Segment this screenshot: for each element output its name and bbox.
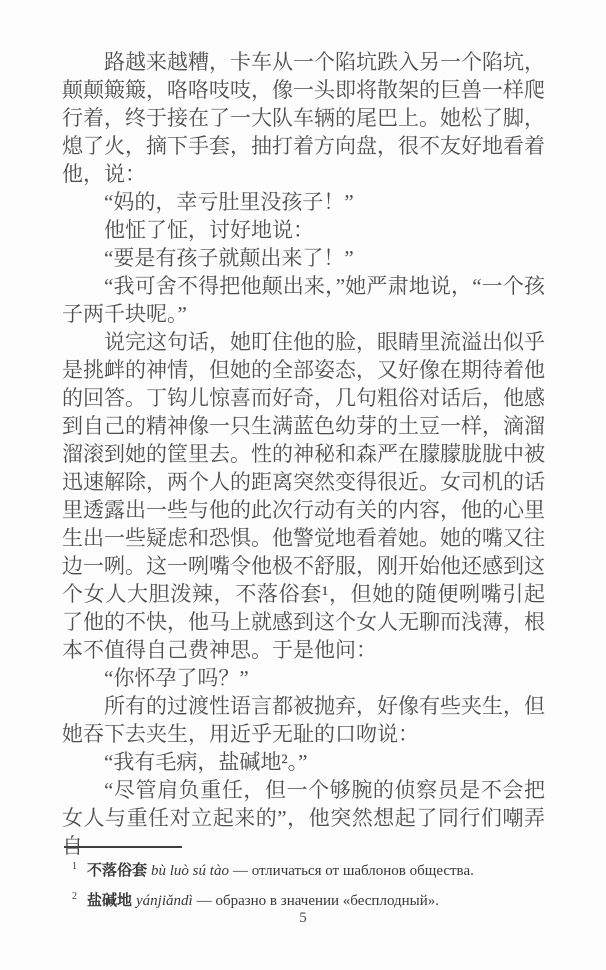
footnote-pinyin: yánjiǎndì — [136, 893, 193, 909]
footnotes-section: 1不落俗套bù luò sú tào— отличаться от шаблон… — [62, 846, 545, 914]
book-page: 路越来越糟，卡车从一个陷坑跌入另一个陷坑，颠颠簸簸，咯咯吱吱，像一头即将散架的巨… — [0, 0, 606, 970]
paragraph: “妈的，幸亏肚里没孩子！” — [62, 188, 545, 216]
footnote-term: 不落俗套 — [87, 863, 147, 879]
paragraph: 说完这句话，她盯住他的脸，眼睛里流溢出似乎是挑衅的神情，但她的全部姿态，又好像在… — [62, 328, 545, 664]
paragraph: 所有的过渡性语言都被抛弃，好像有些夹生，但她吞下去夹生，用近乎无耻的口吻说： — [62, 692, 545, 748]
page-number: 5 — [0, 910, 606, 927]
footnote: 1不落俗套bù luò sú tào— отличаться от шаблон… — [62, 854, 545, 884]
body-text: 路越来越糟，卡车从一个陷坑跌入另一个陷坑，颠颠簸簸，咯咯吱吱，像一头即将散架的巨… — [62, 48, 545, 860]
footnote-separator — [64, 846, 182, 848]
footnote-pinyin: bù luò sú tào — [151, 863, 229, 879]
footnote-list: 1不落俗套bù luò sú tào— отличаться от шаблон… — [62, 854, 545, 914]
footnote-number: 1 — [72, 861, 77, 872]
footnote-text: — образно в значении «бесплодный». — [197, 893, 439, 909]
paragraph: “你怀孕了吗？” — [62, 664, 545, 692]
footnote-text: — отличаться от шаблонов общества. — [233, 863, 474, 879]
footnote-number: 2 — [72, 891, 77, 902]
paragraph: 路越来越糟，卡车从一个陷坑跌入另一个陷坑，颠颠簸簸，咯咯吱吱，像一头即将散架的巨… — [62, 48, 545, 188]
paragraph: “要是有孩子就颠出来了！” — [62, 244, 545, 272]
footnote-term: 盐碱地 — [87, 893, 132, 909]
paragraph: 他怔了怔，讨好地说： — [62, 216, 545, 244]
paragraph: “我可舍不得把他颠出来，”她严肃地说，“一个孩子两千块呢。” — [62, 272, 545, 328]
paragraph: “我有毛病，盐碱地²。” — [62, 748, 545, 776]
